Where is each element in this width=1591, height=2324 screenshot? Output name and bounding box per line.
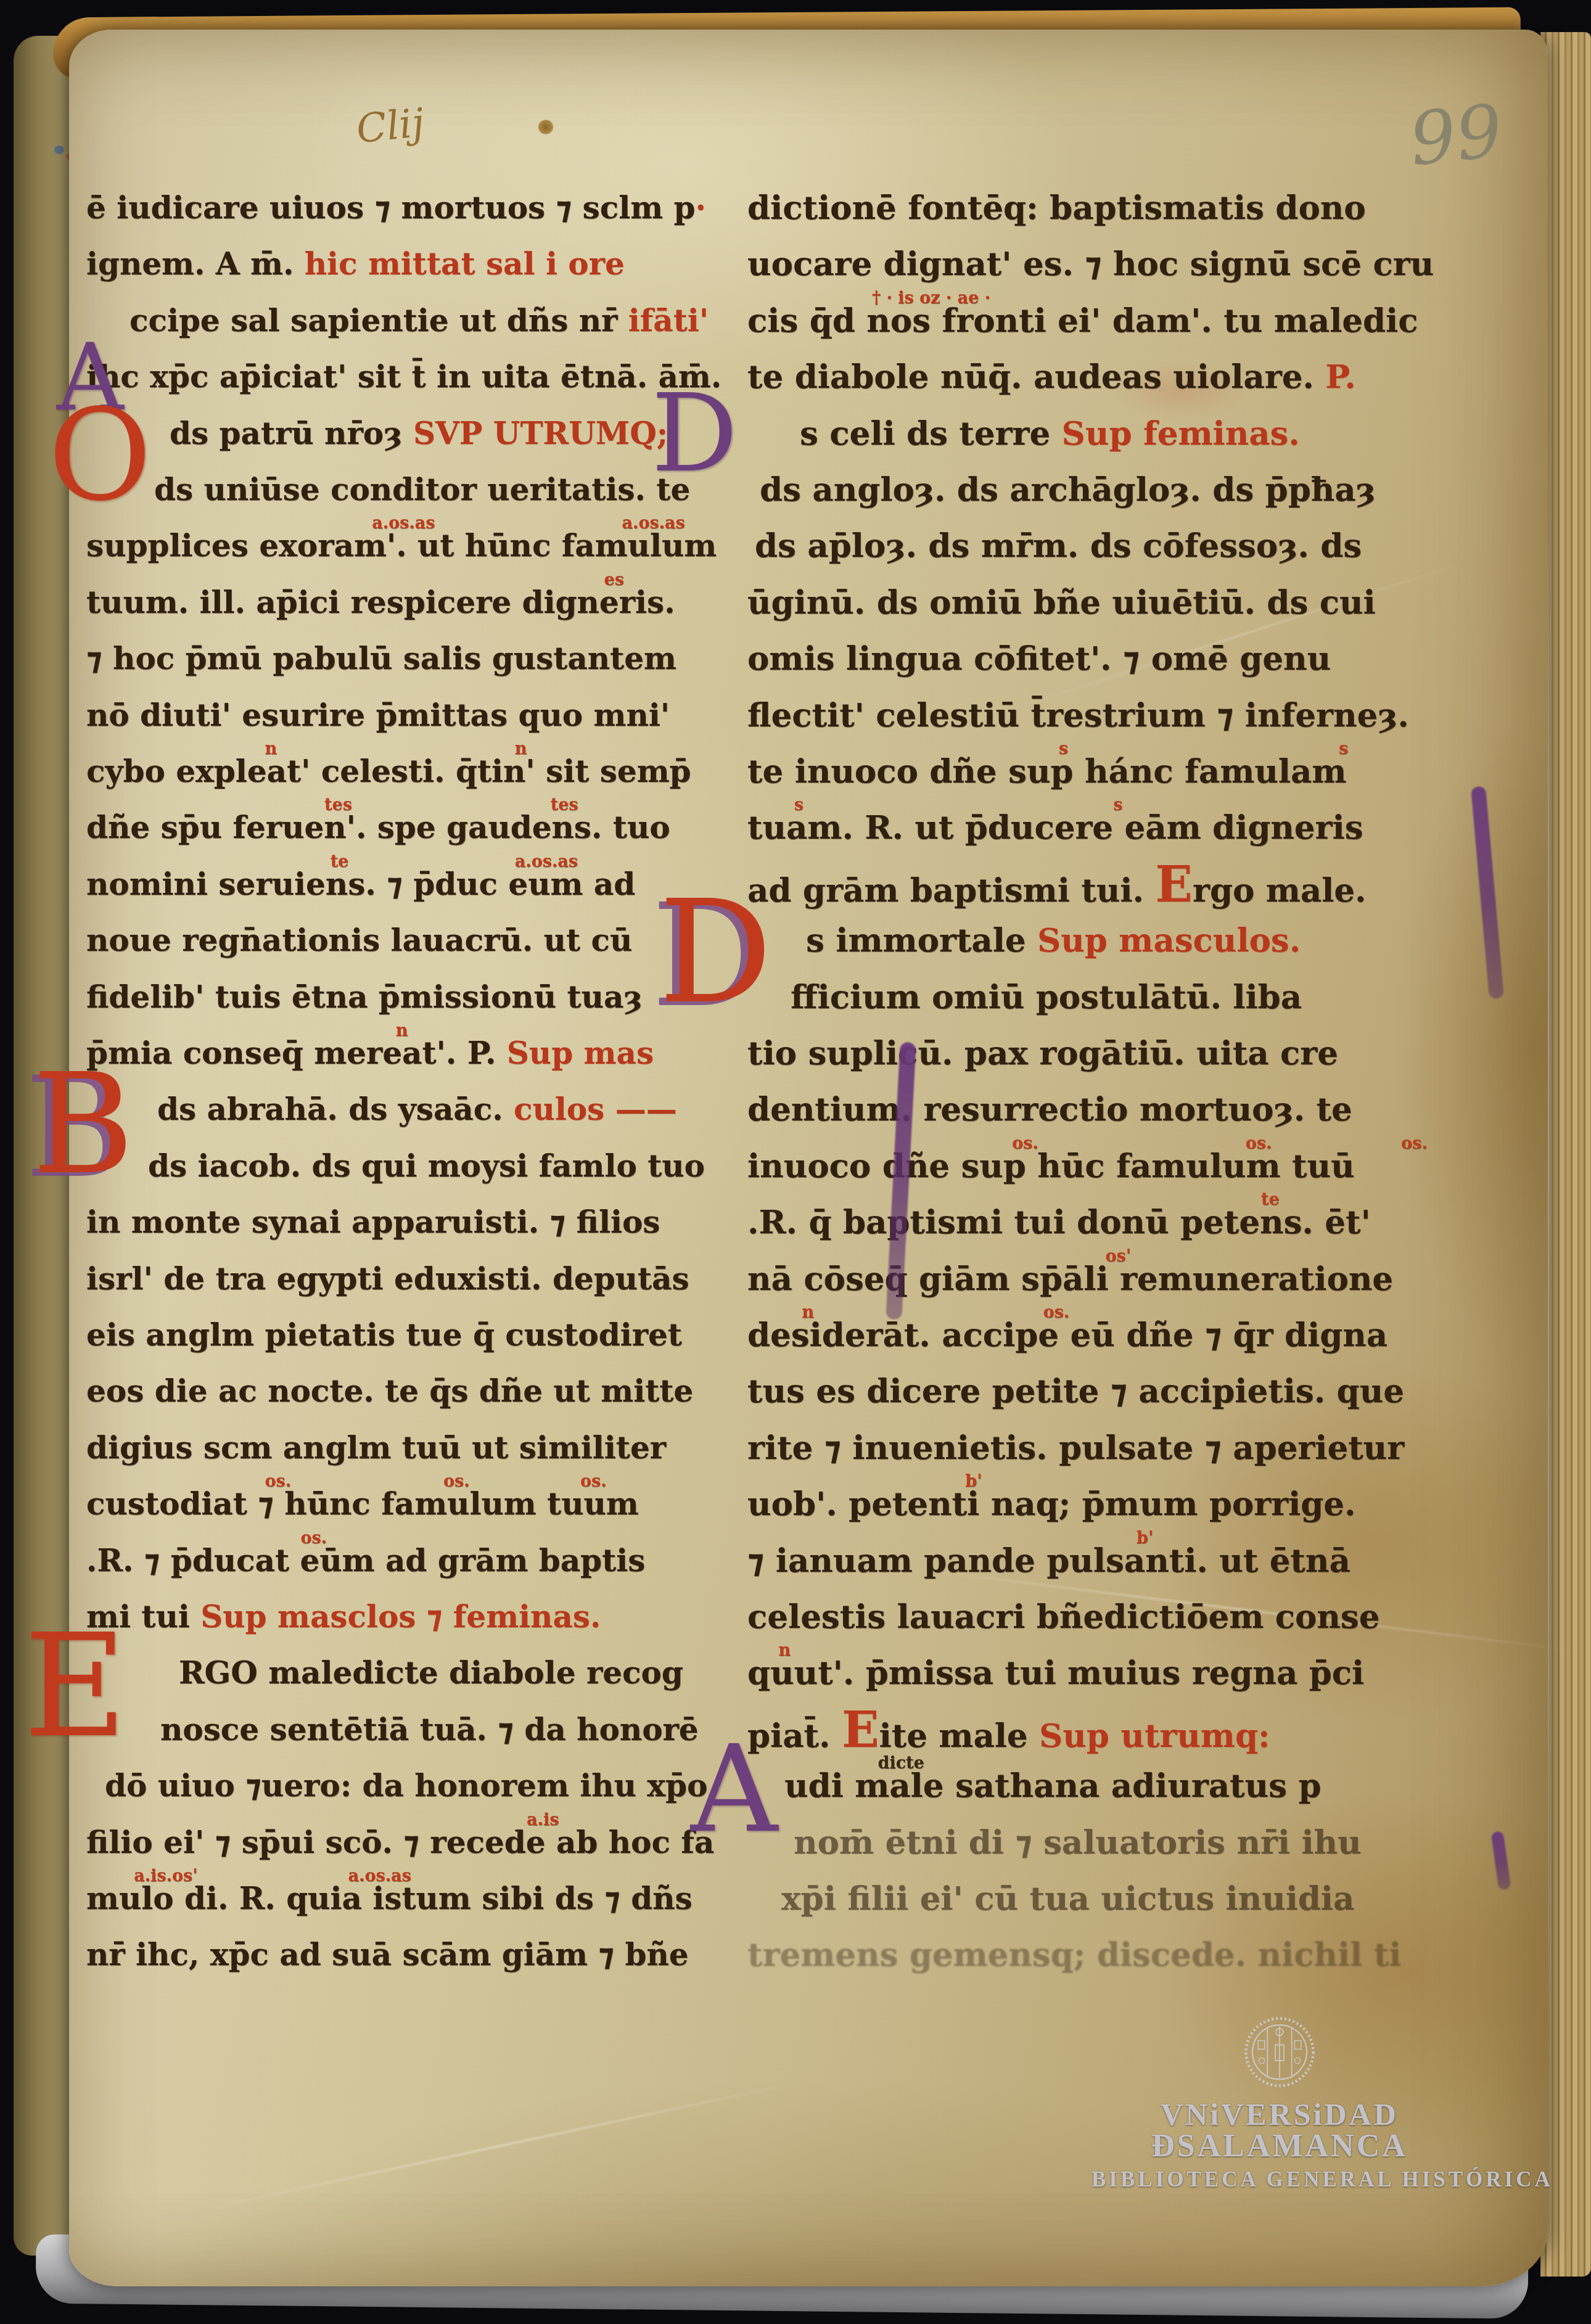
text-line: ihc xp̄c ap̄iciat' sit t̄ in uita ētnā. … [86,351,681,408]
latin-text: ūginū. ds omiū bñe uiuētiū. ds cui [747,583,1376,622]
text-line: omis lingua cōfitet'. ⁊ omē genu [747,633,1526,689]
latin-text: udi male sathana adiuratus p [784,1767,1321,1805]
latin-text: ds angloȝ. ds archāgloȝ. ds p̄pħaȝ [760,470,1376,509]
text-line: dictionē fontēq: baptismatis dono [747,182,1526,239]
latin-text: .R. ⁊ p̄ducat eūm ad grām baptis [86,1542,645,1579]
latin-text: nā cōseq̄ giām sp̄āli remuneratione [747,1260,1393,1298]
interlinear-gloss: n [802,1304,814,1321]
text-line: ds angloȝ. ds archāgloȝ. ds p̄pħaȝ [747,464,1538,520]
interlinear-gloss: s [1113,797,1122,813]
watermark-university-name-2: ÐSALAMANCA [1091,2130,1468,2164]
latin-text: ds abrahā. ds ysaāc. [157,1091,514,1127]
latin-text: uocare dignat' es. ⁊ hoc signū scē cru [747,245,1434,283]
latin-text: s immortale [806,921,1037,959]
text-line: uocare dignat' es. ⁊ hoc signū scē cru [747,238,1526,295]
text-line: in monte synai apparuisti. ⁊ filios [86,1196,681,1253]
rubric-text: Sup masclos ⁊ feminas. [200,1598,601,1635]
watermark-university-name: VNiVERSiDAD [1091,2099,1468,2130]
text-line: tuam. R. ut p̄ducere eām dignerisss [747,802,1526,858]
latin-text: digius scm anglm tuū ut similiter [86,1429,666,1466]
text-line: desiderāt. accipe eū dñe ⁊ q̄r dignanos. [747,1309,1526,1366]
interlinear-gloss: tes [551,797,578,813]
text-line: ds abrahā. ds ysaāc. culos —— [86,1083,752,1140]
interlinear-gloss: † · is oz · ae · [872,290,990,306]
latin-text: RGO maledicte diabole recog [179,1654,683,1691]
latin-text: noue regn̄ationis lauacrū. ut cū [86,922,632,958]
initial-letter: B [32,1044,134,1205]
latin-text: ad grām baptismi tui. [747,871,1155,909]
latin-text: tus es dicere petite ⁊ accipietis. que [747,1372,1404,1410]
latin-text: dñe sp̄u feruen'. spe gaudens. tuo [86,809,670,845]
text-line: te inuoco dñe sup hánc famulamss [747,745,1526,802]
interlinear-gloss: a.is [527,1812,559,1828]
latin-text: cis q̄d nos fronti ei' dam'. tu maledic [747,302,1418,340]
text-line: udi male sathana adiuratus pdicte [747,1760,1563,1817]
text-line: nō diuti' esurire p̄mittas quo mni' [86,689,681,746]
illuminated-initial: D [651,390,738,478]
rubric-text: hic mittat sal i ore [305,245,625,282]
text-line: ds iacob. ds qui moysi famlo tuo [86,1140,743,1197]
folio-number: 99 [1405,88,1507,183]
initial-letter: D [659,871,772,1035]
latin-text: tremens gemensq; discede. nichil ti [747,1936,1401,1974]
interlinear-gloss: a.os.as [515,853,578,870]
text-line: ds uniūse conditor ueritatis. te [86,464,749,520]
text-line: dentium. resurrectio mortuoȝ. te [747,1083,1526,1140]
illuminated-initial: DD [659,895,772,1012]
rubric-text: E [842,1701,879,1759]
rubric-text: · [695,189,705,226]
latin-text: ⁊ hoc p̄mū pabulū salis gustantem [86,640,676,676]
text-line: uob'. petenti naq; p̄mum porrige.b' [747,1478,1526,1535]
latin-text: supplices exoram'. ut hūnc famulum [86,527,717,564]
latin-text: custodiat ⁊ hūnc famulum tuum [86,1485,639,1522]
latin-text: tuam. R. ut p̄ducere eām digneris [747,808,1363,847]
latin-text: tuum. ill. ap̄ici respicere digneris. [86,584,675,620]
text-line: .R. ⁊ p̄ducat eūm ad grām baptisos. [86,1535,681,1591]
text-line: nomini seruiens. ⁊ p̄duc eum adtea.os.as [86,858,681,915]
rubric-text: P. [1325,358,1356,396]
rubric-text: culos —— [514,1091,677,1127]
latin-text: dictionē fontēq: baptismatis dono [747,189,1366,227]
latin-text: ds uniūse conditor ueritatis. te [154,471,690,507]
text-line: piat̄. Eite male Sup utrumq: [747,1704,1526,1760]
latin-text: rgo male. [1193,871,1367,909]
text-line: rite ⁊ inuenietis. pulsate ⁊ aperietur [747,1422,1526,1479]
latin-text: nosce sentētiā tuā. ⁊ da honorē [160,1711,699,1747]
interlinear-gloss: a.os.as [348,1868,411,1884]
interlinear-gloss: a.is.os' [134,1868,197,1884]
rubric-text: Sup masculos. [1037,921,1301,959]
text-line: ccipe sal sapientie ut dñs nr̄ ifāti' [86,295,725,351]
interlinear-gloss: os. [1401,1135,1428,1152]
latin-text: ⁊ ianuam pande pulsanti. ut ētnā [747,1542,1350,1580]
latin-text: ds patrū nr̄oȝ [170,415,413,451]
latin-text: dentium. resurrectio mortuoȝ. te [747,1090,1352,1128]
watermark-library-name: BIBLIOTECA GENERAL HISTÓRICA [1091,2164,1468,2196]
latin-text: flectit' celestiū t̄restrium ⁊ inferneȝ. [747,696,1409,734]
latin-text: isrl' de tra egypti eduxisti. deputās [86,1260,689,1297]
text-line: eis anglm pietatis tue q̄ custodiret [86,1309,681,1366]
latin-text: dō uiuo ⁊uero: da honorem ihu xp̄o [105,1767,707,1804]
text-line: fidelib' tuis ētna p̄missionū tuaȝ [86,971,681,1028]
text-line: nr̄ ihc, xp̄c ad suā scām giām ⁊ bñe [86,1929,681,1985]
text-line: .R. q̄ baptismi tui donū petens. ēt'te [747,1196,1526,1253]
text-line: noue regn̄ationis lauacrū. ut cū [86,914,681,971]
text-line: quut'. p̄missa tui muius regna p̄cin [747,1647,1526,1704]
text-line: ē iudicare uiuos ⁊ mortuos ⁊ sclm p· [86,182,681,239]
text-line: RGO maledicte diabole recog [86,1647,774,1704]
latin-text: uob'. petenti naq; p̄mum porrige. [747,1485,1355,1523]
text-line: dō uiuo ⁊uero: da honorem ihu xp̄o [86,1760,700,1817]
illuminated-initial: A [691,1740,778,1839]
interlinear-gloss: os' [1106,1248,1131,1265]
latin-text: ccipe sal sapientie ut dñs nr̄ [129,302,628,339]
illuminated-initial: E [23,1629,127,1746]
latin-text: ite male [879,1717,1040,1755]
latin-text: eis anglm pietatis tue q̄ custodiret [86,1316,682,1353]
text-line: celestis lauacri bñedictiōem conse [747,1591,1526,1648]
text-line: supplices exoram'. ut hūnc famuluma.os.a… [86,520,681,577]
interlinear-gloss: a.os.as [622,515,685,532]
interlinear-gloss: n [515,741,527,757]
latin-text: te diabole nūq̄. audeas uiolare. [747,358,1325,396]
latin-text: cybo expleat' celesti. q̄tin' sit semp̄ [86,753,691,789]
text-line: isrl' de tra egypti eduxisti. deputās [86,1253,681,1310]
interlinear-gloss: a.os.as [372,515,435,532]
latin-text: p̄mia conseq̄ mereat'. P. [86,1035,507,1071]
latin-text: ihc xp̄c ap̄iciat' sit t̄ in uita ētnā. … [86,358,721,395]
latin-text: ē iudicare uiuos ⁊ mortuos ⁊ sclm p [86,189,695,226]
manuscript-photo: Clij 99 ē iudicare uiuos ⁊ mortuos ⁊ scl… [0,0,1591,2324]
latin-text: omis lingua cōfitet'. ⁊ omē genu [747,639,1331,678]
latin-text: ds ap̄loȝ. ds mr̄m. ds cōfessoȝ. ds [755,527,1362,565]
interlinear-gloss: te [331,853,349,870]
interlinear-gloss: os. [1012,1135,1038,1152]
interlinear-gloss: es [604,572,624,588]
latin-text: in monte synai apparuisti. ⁊ filios [86,1204,660,1240]
latin-text: nō diuti' esurire p̄mittas quo mni' [86,697,670,733]
text-line: filio ei' ⁊ sp̄ui scō. ⁊ recede ab hoc f… [86,1817,681,1873]
text-line: s immortale Sup masculos. [747,914,1584,971]
illuminated-initial: BB [32,1068,134,1182]
text-line: ad grām baptismi tui. Ergo male. [747,858,1526,915]
text-line: ⁊ hoc p̄mū pabulū salis gustantem [86,633,681,689]
interlinear-gloss: os. [300,1530,327,1546]
interlinear-gloss: s [1059,741,1068,757]
parchment-hole [538,120,554,134]
text-line: eos die ac nocte. te q̄s dñe ut mitte [86,1365,681,1422]
latin-text: s celi ds terre [800,414,1062,453]
interlinear-gloss: os. [443,1473,470,1490]
latin-text: nr̄ ihc, xp̄c ad suā scām giām ⁊ bñe [86,1936,689,1973]
text-line: mulo di. R. quia istum sibi ds ⁊ dñsa.is… [86,1873,681,1929]
latin-text: eos die ac nocte. te q̄s dñe ut mitte [86,1373,693,1409]
rubric-text: Sup mas [507,1035,654,1071]
text-line: flectit' celestiū t̄restrium ⁊ inferneȝ. [747,689,1526,746]
text-line: ignem. A m̄. hic mittat sal i ore [86,238,681,295]
latin-text: ds iacob. ds qui moysi famlo tuo [148,1148,705,1184]
interlinear-gloss: os. [265,1473,292,1490]
interlinear-gloss: dicte [878,1755,924,1772]
interlinear-gloss: s [794,797,804,813]
interlinear-gloss: n [396,1022,408,1039]
rubric-text: Sup feminas. [1062,414,1300,453]
text-line: s celi ds terre Sup feminas. [747,408,1578,464]
latin-text: nom̄ ētni di ⁊ saluatoris nr̄i ihu [794,1823,1362,1862]
interlinear-gloss: os. [580,1473,607,1490]
latin-text: celestis lauacri bñedictiōem conse [747,1598,1379,1636]
library-watermark: VNiVERSiDAD ÐSALAMANCA BIBLIOTECA GENERA… [1091,2016,1468,2196]
interlinear-gloss: tes [324,797,352,813]
rubric-text: E [1155,855,1193,913]
latin-text: fficium omiū postulātū. liba [791,978,1302,1016]
text-line: inuoco dñe sup hūc famulum tuūos.os.os. [747,1140,1526,1197]
latin-text: te inuoco dñe sup hánc famulam [747,752,1346,790]
rubric-text: SVP UTRUMQ; [413,415,668,451]
text-line: ⁊ ianuam pande pulsanti. ut ētnāb' [747,1535,1526,1591]
text-line: xp̄i filii ei' cū tua uictus inuidia [747,1873,1560,1929]
text-line: ūginū. ds omiū bñe uiuētiū. ds cui [747,577,1526,633]
interlinear-gloss: n [265,741,277,757]
binding-thread-blue [54,146,64,154]
latin-text: quut'. p̄missa tui muius regna p̄ci [747,1654,1364,1692]
text-line: p̄mia conseq̄ mereat'. P. Sup masn [86,1027,681,1084]
latin-text: xp̄i filii ei' cū tua uictus inuidia [781,1879,1354,1918]
text-line: nom̄ ētni di ⁊ saluatoris nr̄i ihu [747,1817,1572,1873]
interlinear-gloss: n [778,1642,791,1659]
university-seal-icon [1244,2016,1315,2088]
text-line: fficium omiū postulātū. liba [747,971,1569,1028]
text-line: ds ap̄loȝ. ds mr̄m. ds cōfessoȝ. ds [747,520,1533,577]
illuminated-initial: O [48,404,152,507]
text-line: te diabole nūq̄. audeas uiolare. P. [747,351,1526,408]
rubric-text: ifāti' [628,302,709,339]
text-line: tus es dicere petite ⁊ accipietis. que [747,1365,1526,1422]
interlinear-gloss: b' [965,1473,982,1490]
latin-text: tio suplicū. pax rogātiū. uita cre [747,1034,1338,1072]
text-line: cybo expleat' celesti. q̄tin' sit semp̄n… [86,745,681,802]
text-line: mi tui Sup masclos ⁊ feminas. [86,1591,681,1648]
text-line: tremens gemensq; discede. nichil ti [747,1929,1526,1985]
interlinear-gloss: b' [1137,1530,1153,1546]
latin-text: filio ei' ⁊ sp̄ui scō. ⁊ recede ab hoc f… [86,1824,714,1860]
rubric-text: Sup utrumq: [1039,1717,1270,1755]
corner-ink-mark: Clij [354,100,426,152]
latin-text: rite ⁊ inuenietis. pulsate ⁊ aperietur [747,1429,1404,1467]
text-line: custodiat ⁊ hūnc famulum tuumos.os.os. [86,1478,681,1535]
interlinear-gloss: te [1261,1191,1280,1208]
text-line: nā cōseq̄ giām sp̄āli remunerationeos' [747,1253,1526,1310]
interlinear-gloss: os. [1043,1304,1070,1321]
text-line: nosce sentētiā tuā. ⁊ da honorē [86,1704,755,1760]
latin-text: fidelib' tuis ētna p̄missionū tuaȝ [86,979,643,1015]
latin-text: ignem. A m̄. [86,245,305,282]
crease-line [199,2080,803,2211]
text-line: tio suplicū. pax rogātiū. uita cre [747,1027,1526,1084]
text-line: tuum. ill. ap̄ici respicere digneris.es [86,577,681,633]
interlinear-gloss: s [1339,741,1348,757]
interlinear-gloss: os. [1246,1135,1272,1152]
text-line: cis q̄d nos fronti ei' dam'. tu maledic†… [747,295,1526,351]
text-line: dñe sp̄u feruen'. spe gaudens. tuotestes [86,802,681,858]
text-line: digius scm anglm tuū ut similiter [86,1422,681,1479]
